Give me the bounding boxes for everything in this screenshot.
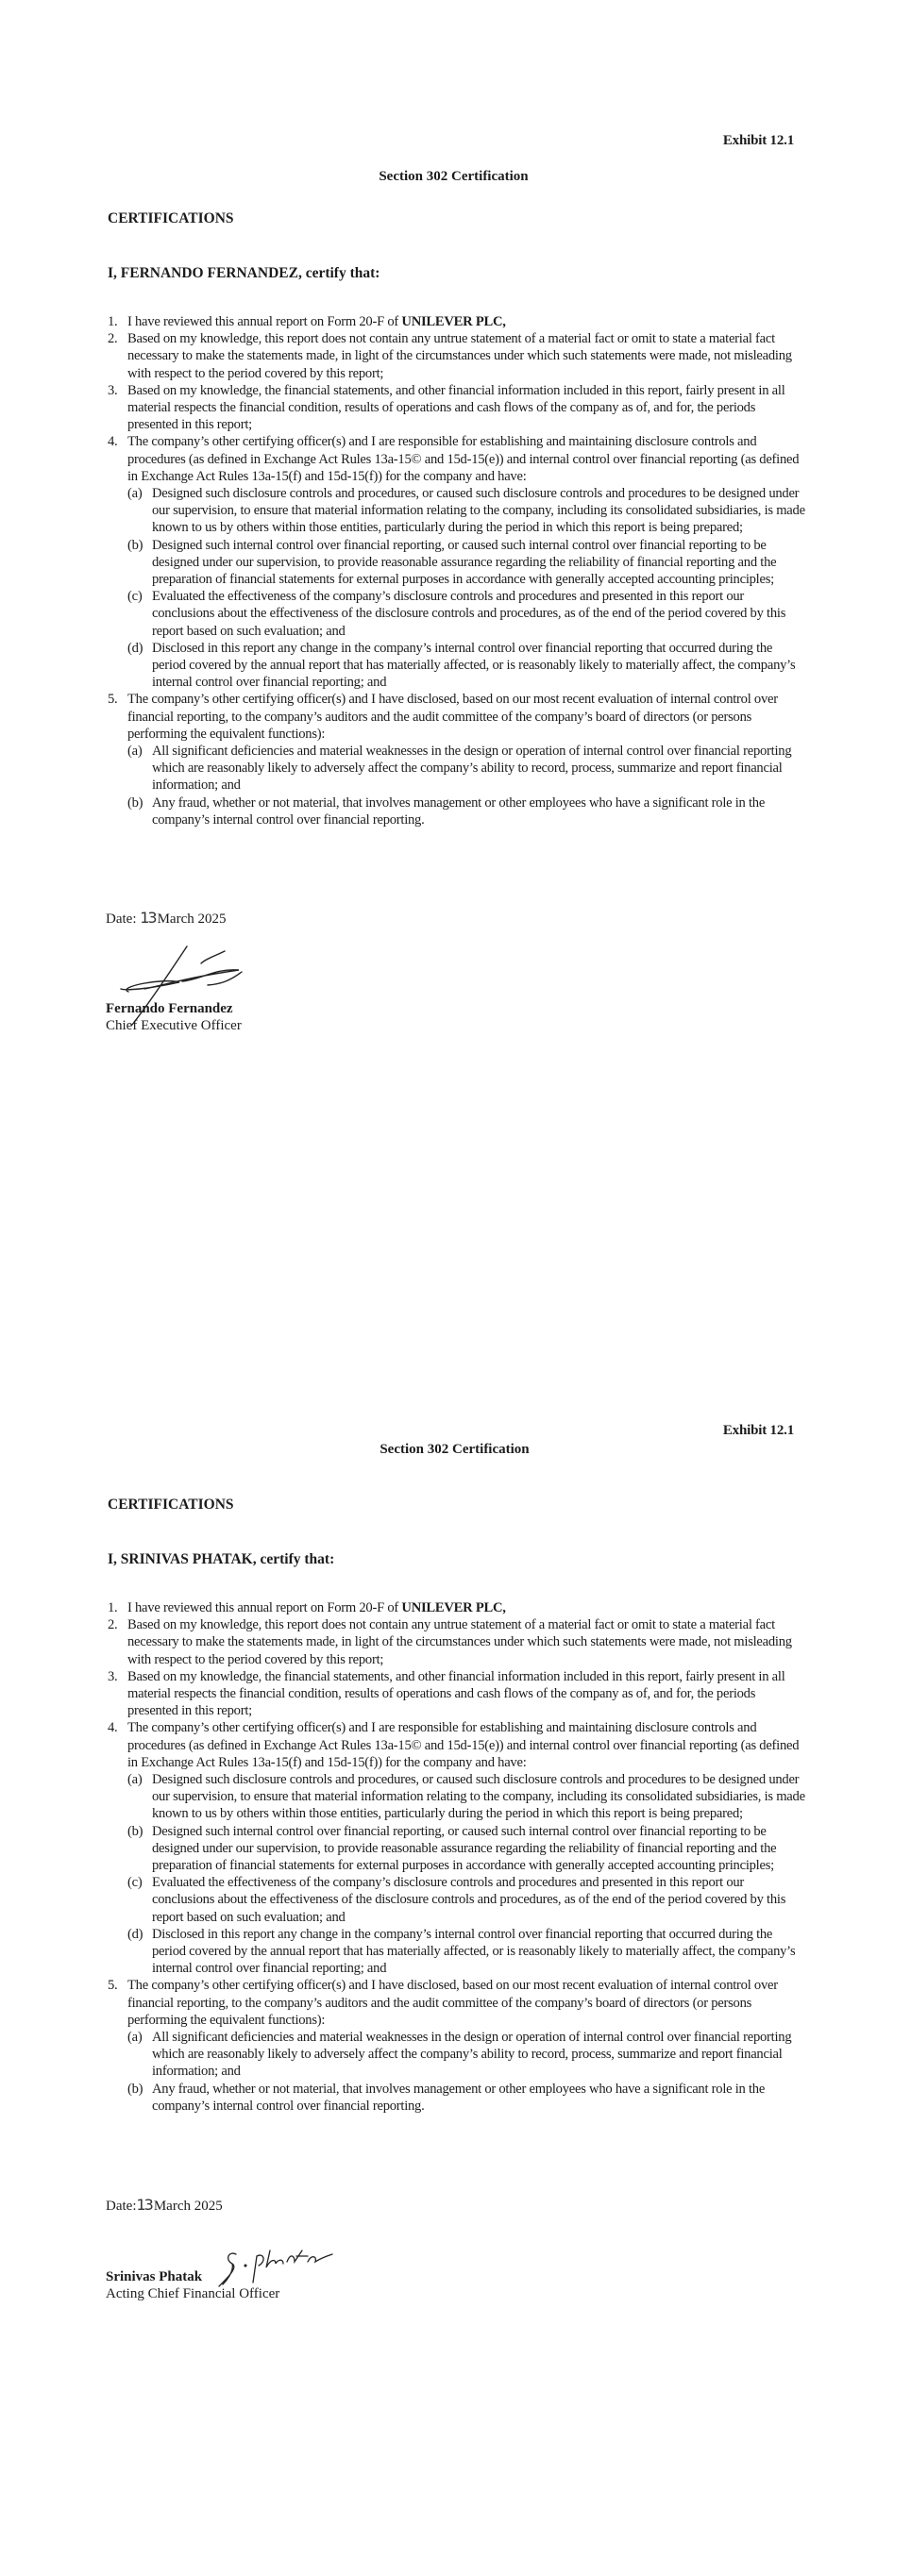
section-title: Section 302 Certification [0,1442,910,1458]
sub-item-text: Designed such disclosure controls and pr… [152,1771,806,1823]
certification-item: 2.Based on my knowledge, this report doe… [108,1616,806,1668]
sub-item-letter: (b) [127,1823,152,1875]
item-body: The company’s other certifying officer(s… [127,1977,806,2115]
company-name: UNILEVER PLC, [401,1600,505,1615]
item-body: Based on my knowledge, this report does … [127,330,806,382]
date-month-year: March 2025 [158,912,227,927]
certifications-heading: CERTIFICATIONS [108,210,234,227]
certification-items: 1.I have reviewed this annual report on … [108,313,806,828]
certifications-heading: CERTIFICATIONS [108,1497,234,1514]
sub-item-letter: (b) [127,795,152,828]
certification-item: 4.The company’s other certifying officer… [108,433,806,691]
certification-sub-item: (b)Any fraud, whether or not material, t… [127,795,806,828]
certification-item: 2.Based on my knowledge, this report doe… [108,330,806,382]
item-body: The company’s other certifying officer(s… [127,1719,806,1977]
item-number: 4. [108,433,127,691]
certification-sub-item: (a)Designed such disclosure controls and… [127,485,806,537]
date-label: Date: [106,2199,136,2214]
item-body: The company’s other certifying officer(s… [127,433,806,691]
sub-item-letter: (d) [127,640,152,692]
certifier-statement: I, SRINIVAS PHATAK, certify that: [108,1551,334,1568]
sub-item-letter: (a) [127,743,152,795]
exhibit-label: Exhibit 12.1 [723,133,794,149]
sub-item-text: Designed such disclosure controls and pr… [152,485,806,537]
item-body: I have reviewed this annual report on Fo… [127,313,806,330]
sub-item-text: Evaluated the effectiveness of the compa… [152,1874,806,1926]
certification-item: 1.I have reviewed this annual report on … [108,1599,806,1616]
item-number: 3. [108,1668,127,1720]
sub-item-letter: (a) [127,1771,152,1823]
item-text: Based on my knowledge, the financial sta… [127,383,785,432]
item-text: Based on my knowledge, this report does … [127,1617,792,1666]
certification-item: 5.The company’s other certifying officer… [108,1977,806,2115]
item-text: The company’s other certifying officer(s… [127,1978,778,2027]
certification-sub-item: (d)Disclosed in this report any change i… [127,1926,806,1978]
item-number: 5. [108,1977,127,2115]
sub-item-text: Evaluated the effectiveness of the compa… [152,588,806,640]
signer-title: Acting Chief Financial Officer [106,2286,279,2302]
sub-item-text: Designed such internal control over fina… [152,537,806,589]
certification-item: 4.The company’s other certifying officer… [108,1719,806,1977]
sub-item-letter: (c) [127,1874,152,1926]
company-name: UNILEVER PLC, [401,314,505,329]
item-body: Based on my knowledge, the financial sta… [127,1668,806,1720]
item-body: The company’s other certifying officer(s… [127,691,806,828]
sub-item-letter: (a) [127,2029,152,2081]
certification-page-ceo: Exhibit 12.1 Section 302 Certification C… [0,0,911,1288]
signer-title: Chief Executive Officer [106,1018,242,1034]
item-text: I have reviewed this annual report on Fo… [127,1600,401,1615]
handwritten-day: 13 [136,2196,153,2214]
sub-item-letter: (b) [127,537,152,589]
signature-cfo [217,2243,340,2290]
sub-item-text: Any fraud, whether or not material, that… [152,795,806,828]
certifier-statement: I, FERNANDO FERNANDEZ, certify that: [108,265,380,282]
sub-item-letter: (a) [127,485,152,537]
item-text: Based on my knowledge, the financial sta… [127,1669,785,1718]
certification-sub-item: (a)All significant deficiencies and mate… [127,743,806,795]
certification-sub-item: (a)Designed such disclosure controls and… [127,1771,806,1823]
sub-item-text: Disclosed in this report any change in t… [152,1926,806,1978]
sub-item-text: All significant deficiencies and materia… [152,743,806,795]
item-text: The company’s other certifying officer(s… [127,692,778,741]
item-text: The company’s other certifying officer(s… [127,1720,799,1769]
item-number: 1. [108,313,127,330]
certification-page-cfo: Exhibit 12.1 Section 302 Certification C… [0,1288,911,2576]
certification-item: 3.Based on my knowledge, the financial s… [108,382,806,434]
signer-name: Fernando Fernandez [106,1001,233,1017]
item-number: 1. [108,1599,127,1616]
sub-item-text: All significant deficiencies and materia… [152,2029,806,2081]
item-number: 2. [108,330,127,382]
item-number: 2. [108,1616,127,1668]
sub-item-letter: (c) [127,588,152,640]
item-number: 3. [108,382,127,434]
sub-item-letter: (d) [127,1926,152,1978]
sub-item-text: Disclosed in this report any change in t… [152,640,806,692]
certification-sub-item: (b)Designed such internal control over f… [127,537,806,589]
certification-sub-item: (d)Disclosed in this report any change i… [127,640,806,692]
item-body: Based on my knowledge, this report does … [127,1616,806,1668]
item-body: Based on my knowledge, the financial sta… [127,382,806,434]
date-month-year: March 2025 [154,2199,223,2214]
handwritten-day: 13 [140,909,157,927]
date-line: Date: 13March 2025 [106,909,227,928]
exhibit-label: Exhibit 12.1 [723,1423,794,1439]
certification-item: 3.Based on my knowledge, the financial s… [108,1668,806,1720]
signer-name: Srinivas Phatak [106,2269,202,2285]
certification-sub-item: (c)Evaluated the effectiveness of the co… [127,1874,806,1926]
item-text: Based on my knowledge, this report does … [127,331,792,380]
certification-item: 1.I have reviewed this annual report on … [108,313,806,330]
certification-sub-item: (b)Any fraud, whether or not material, t… [127,2081,806,2115]
certification-items: 1.I have reviewed this annual report on … [108,1599,806,2115]
certification-sub-item: (a)All significant deficiencies and mate… [127,2029,806,2081]
certification-sub-item: (c)Evaluated the effectiveness of the co… [127,588,806,640]
item-body: I have reviewed this annual report on Fo… [127,1599,806,1616]
item-text: The company’s other certifying officer(s… [127,434,799,483]
item-number: 4. [108,1719,127,1977]
date-label: Date: [106,912,140,927]
certification-sub-item: (b)Designed such internal control over f… [127,1823,806,1875]
item-text: I have reviewed this annual report on Fo… [127,314,401,329]
date-line: Date:13March 2025 [106,2196,223,2215]
sub-item-text: Designed such internal control over fina… [152,1823,806,1875]
certification-item: 5.The company’s other certifying officer… [108,691,806,828]
item-number: 5. [108,691,127,828]
section-title: Section 302 Certification [0,169,909,185]
sub-item-text: Any fraud, whether or not material, that… [152,2081,806,2115]
sub-item-letter: (b) [127,2081,152,2115]
